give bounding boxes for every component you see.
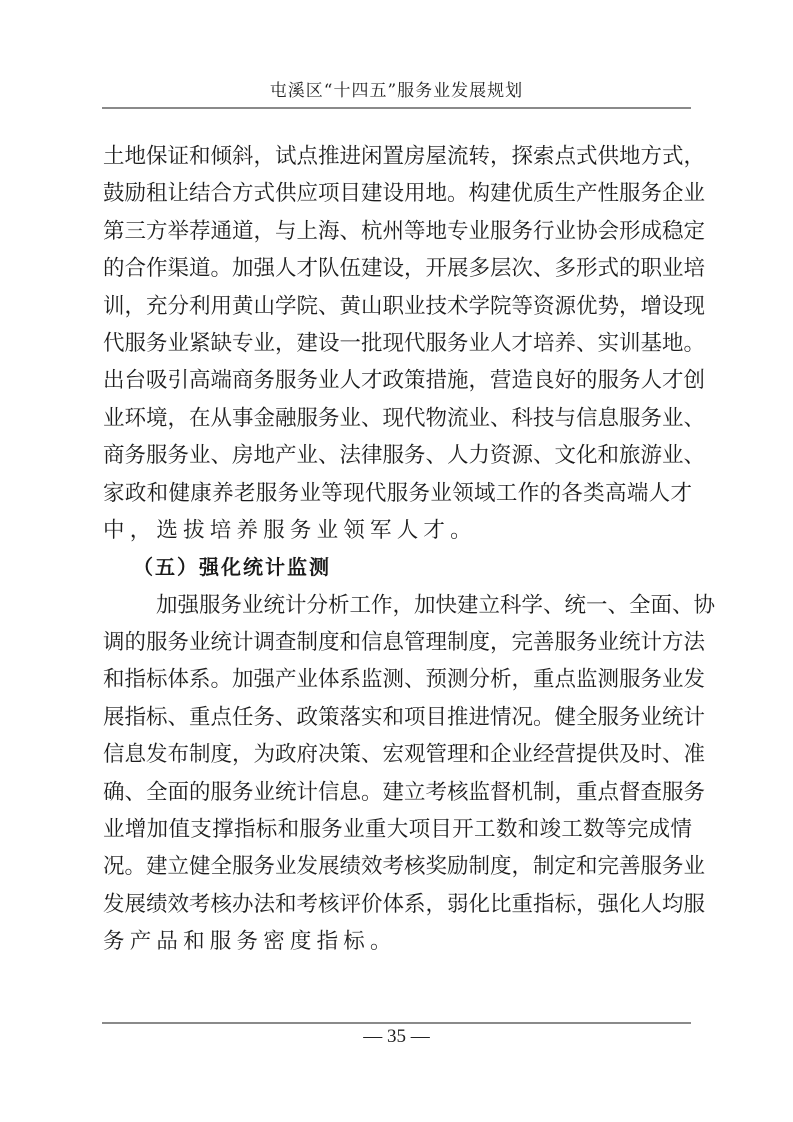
text-line: 和指标体系。加强产业体系监测、预测分析，重点监测服务业发 <box>103 661 692 698</box>
running-header-title: 屯溪区“十四五”服务业发展规划 <box>102 80 691 102</box>
text-line: 业增加值支撑指标和服务业重大项目开工数和竣工数等完成情 <box>103 811 692 848</box>
text-line: 业环境，在从事金融服务业、现代物流业、科技与信息服务业、 <box>103 400 692 437</box>
page-body: 土地保证和倾斜，试点推进闲置房屋流转，探索点式供地方式， 鼓励租让结合方式供应项… <box>103 138 692 961</box>
text-line: 确、全面的服务业统计信息。建立考核监督机制，重点督查服务 <box>103 774 692 811</box>
text-line: 家政和健康养老服务业等现代服务业领域工作的各类高端人才 <box>103 475 692 512</box>
text-line: 土地保证和倾斜，试点推进闲置房屋流转，探索点式供地方式， <box>103 138 692 175</box>
text-line: 代服务业紧缺专业，建设一批现代服务业人才培养、实训基地。 <box>103 325 692 362</box>
text-line: 发展绩效考核办法和考核评价体系，弱化比重指标，强化人均服 <box>103 886 692 923</box>
text-line: 商务服务业、房地产业、法律服务、人力资源、文化和旅游业、 <box>103 437 692 474</box>
text-line: 鼓励租让结合方式供应项目建设用地。构建优质生产性服务企业 <box>103 175 692 212</box>
text-line: 训，充分利用黄山学院、黄山职业技术学院等资源优势，增设现 <box>103 288 692 325</box>
paragraph-statistics-monitoring: 加强服务业统计分析工作，加快建立科学、统一、全面、协 调的服务业统计调查制度和信… <box>103 587 692 961</box>
text-line: 况。建立健全服务业发展绩效考核奖励制度，制定和完善服务业 <box>103 848 692 885</box>
text-line: 出台吸引高端商务服务业人才政策措施，营造良好的服务人才创 <box>103 362 692 399</box>
text-line: 调的服务业统计调查制度和信息管理制度，完善服务业统计方法 <box>103 624 692 661</box>
text-line: 务产品和服务密度指标。 <box>103 923 692 960</box>
text-line: 展指标、重点任务、政策落实和项目推进情况。健全服务业统计 <box>103 699 692 736</box>
page-number: — 35 — <box>102 1024 691 1050</box>
header-divider <box>102 107 691 109</box>
section-heading: （五）强化统计监测 <box>103 549 692 586</box>
paragraph-talent-support: 土地保证和倾斜，试点推进闲置房屋流转，探索点式供地方式， 鼓励租让结合方式供应项… <box>103 138 692 549</box>
text-line: 的合作渠道。加强人才队伍建设，开展多层次、多形式的职业培 <box>103 250 692 287</box>
text-line: 中，选拔培养服务业领军人才。 <box>103 512 692 549</box>
text-line: 加强服务业统计分析工作，加快建立科学、统一、全面、协 <box>103 587 692 624</box>
text-line: 信息发布制度，为政府决策、宏观管理和企业经营提供及时、准 <box>103 736 692 773</box>
text-line: 第三方举荐通道，与上海、杭州等地专业服务行业协会形成稳定 <box>103 213 692 250</box>
